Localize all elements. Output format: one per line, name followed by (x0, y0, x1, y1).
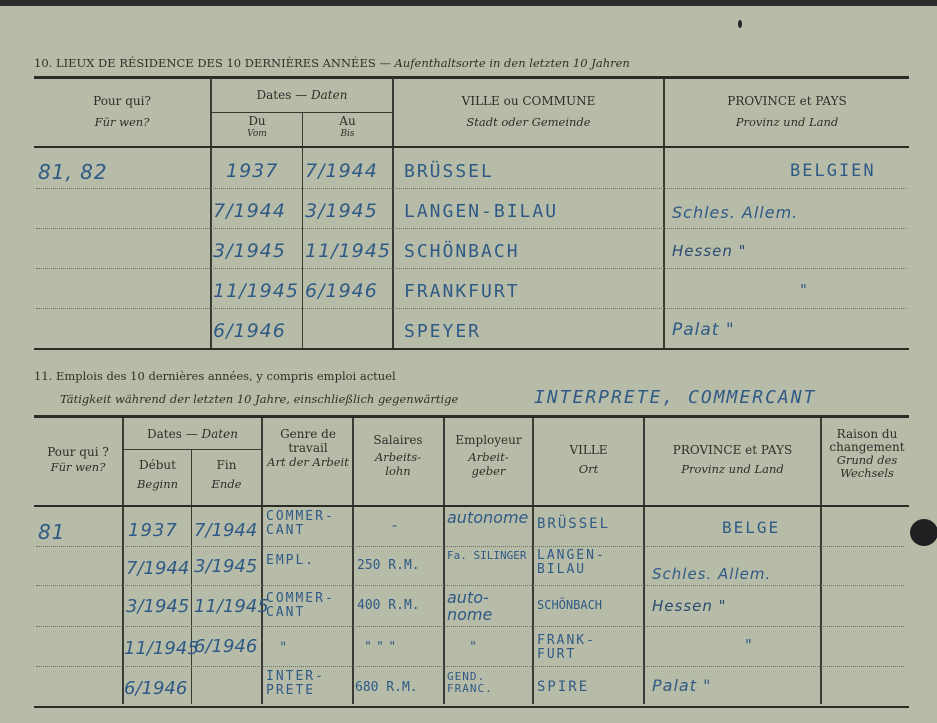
punch-hole (910, 519, 937, 546)
header-pour-qui-de: Für wen? (34, 460, 122, 474)
section11-bottom-rule (34, 706, 909, 708)
employment-pour-qui: 81 (38, 520, 65, 544)
employment-genre: " (280, 640, 287, 656)
employment-employeur: auto-nome (447, 590, 527, 624)
header-fin: Fin Ende (192, 458, 261, 491)
employment-ville: LANGEN-BILAU (537, 549, 617, 576)
employment-debut: 7/1944 (126, 558, 189, 579)
header-ville-fr: VILLE ou COMMUNE (394, 94, 663, 109)
section11-top-rule (34, 415, 909, 418)
header-raison-de: Grund des Wechsels (822, 454, 912, 479)
header-au-de: Bis (303, 129, 392, 140)
header-dates-de: Daten (311, 88, 347, 102)
header-debut-de: Beginn (124, 477, 191, 491)
employment-genre: INTER-PRETE (266, 670, 352, 697)
scan-top-edge (0, 0, 937, 6)
residence-province: Schles. Allem. (672, 203, 798, 222)
employment-debut: 3/1945 (126, 596, 189, 617)
header-genre-de: Art der Arbeit (266, 456, 350, 469)
employment-province: BELGE (722, 518, 780, 537)
header-pour-qui: Pour qui? Für wen? (34, 94, 210, 129)
employment-salaire: - (392, 518, 398, 534)
header-du-de: Vom (212, 129, 302, 140)
employment-province: Schles. Allem. (652, 565, 771, 583)
header-province: PROVINCE et PAYS Provinz und Land (645, 443, 820, 476)
residence-province: " (800, 281, 808, 299)
header-province-fr: PROVINCE et PAYS (645, 443, 820, 458)
header-debut: Début Beginn (124, 458, 191, 491)
employment-salaire: 400 R.M. (357, 598, 420, 613)
employment-employeur: Fa. SILINGER (447, 550, 533, 562)
employment-province: Hessen " (652, 597, 727, 615)
residence-du: 7/1944 (213, 200, 286, 222)
employment-employeur: autonome (447, 510, 527, 527)
row-divider (36, 228, 906, 229)
header-dates: Dates — Daten (124, 427, 261, 442)
dates-subdivider (211, 112, 392, 113)
row-divider (36, 268, 906, 269)
employment-fin: 7/1944 (194, 520, 257, 541)
header-employeur: Employeur Arbeit-geber (445, 433, 532, 479)
residence-province: Hessen " (672, 242, 747, 260)
header-raison-fr: Raison du changement (822, 428, 912, 454)
header-employeur-fr: Employeur (445, 433, 532, 447)
header-genre: Genre de travail Art der Arbeit (266, 428, 350, 469)
employment-debut: 11/1945 (124, 638, 199, 659)
residence-ville: FRANKFURT (404, 281, 520, 302)
header-ville-fr: VILLE (534, 443, 643, 458)
header-dates-de: Daten (202, 427, 238, 441)
header-genre-fr: Genre de travail (266, 428, 350, 456)
employment-ville: SPIRE (537, 679, 589, 695)
employment-genre: COMMER-CANT (266, 592, 352, 619)
header-dates-fr: Dates — (257, 88, 308, 102)
residence-du: 1937 (226, 160, 278, 182)
header-au-fr: Au (303, 114, 392, 129)
header-province: PROVINCE et PAYS Provinz und Land (665, 94, 909, 129)
row-divider (36, 585, 904, 586)
header-raison: Raison du changement Grund des Wechsels (822, 428, 912, 480)
employment-salaire: 680 R.M. (355, 680, 418, 695)
employment-debut: 6/1946 (124, 678, 187, 699)
header-salaires-de: Arbeits-lohn (358, 451, 438, 479)
employment-genre: EMPL. (266, 553, 315, 568)
header-salaires: Salaires Arbeits-lohn (358, 433, 438, 479)
header-debut-fr: Début (124, 458, 191, 473)
header-salaires-fr: Salaires (358, 433, 438, 447)
header-ville: VILLE Ort (534, 443, 643, 476)
employment-employeur: " (470, 640, 477, 655)
current-occupation: INTERPRETE, COMMERCANT (534, 387, 816, 408)
employment-debut: 1937 (128, 520, 178, 541)
residence-au: 11/1945 (305, 240, 391, 262)
employment-ville: FRANK-FURT (537, 634, 617, 661)
header-ville-de: Ort (534, 462, 643, 476)
header-au: Au Bis (303, 114, 392, 140)
header-province-fr: PROVINCE et PAYS (665, 94, 909, 109)
header-ville-de: Stadt oder Gemeinde (394, 115, 663, 129)
employment-employeur: GEND. FRANC. (447, 671, 531, 694)
col-divider (352, 418, 354, 704)
header-pour-qui-fr: Pour qui? (34, 94, 210, 109)
row-divider (36, 188, 906, 189)
header-province-de: Provinz und Land (665, 115, 909, 129)
residence-ville: BRÜSSEL (404, 161, 494, 182)
header-ville: VILLE ou COMMUNE Stadt oder Gemeinde (394, 94, 663, 129)
header-province-de: Provinz und Land (645, 462, 820, 476)
row-divider (36, 308, 906, 309)
section10-title-de: Aufenthaltsorte in den letzten 10 Jahren (395, 56, 630, 70)
section11-title-de: Tätigkeit während der letzten 10 Jahre, … (60, 392, 458, 406)
col-divider (302, 113, 303, 349)
residence-au: 7/1944 (305, 160, 378, 182)
row-divider (36, 546, 904, 547)
section10-title-fr: 10. LIEUX DE RÉSIDENCE DES 10 DERNIÈRES … (34, 56, 391, 70)
col-divider (261, 418, 263, 704)
residence-du: 6/1946 (213, 320, 286, 342)
residence-ville: LANGEN-BILAU (404, 201, 558, 222)
residence-au: 6/1946 (305, 280, 378, 302)
header-pour-qui: Pour qui ? Für wen? (34, 445, 122, 474)
section10-header-rule (34, 146, 909, 148)
header-fin-fr: Fin (192, 458, 261, 473)
dates-subdivider (123, 449, 261, 450)
header-pour-qui-fr: Pour qui ? (34, 445, 122, 460)
residence-du: 3/1945 (213, 240, 286, 262)
employment-province: " (745, 636, 753, 654)
section10-title: 10. LIEUX DE RÉSIDENCE DES 10 DERNIÈRES … (34, 56, 630, 70)
section10-bottom-rule (34, 348, 909, 350)
residence-au: 3/1945 (305, 200, 378, 222)
employment-fin: 11/1945 (194, 596, 269, 617)
residence-province: Palat " (672, 320, 735, 340)
header-fin-de: Ende (192, 477, 261, 491)
residence-province: BELGIEN (790, 161, 876, 181)
header-du-fr: Du (212, 114, 302, 129)
residence-du: 11/1945 (213, 280, 299, 302)
employment-province: Palat " (652, 676, 711, 695)
employment-ville: SCHÖNBACH (537, 598, 602, 612)
row-divider (36, 626, 904, 627)
residence-ville: SPEYER (404, 321, 481, 342)
header-employeur-de: Arbeit-geber (445, 451, 532, 479)
employment-salaire: 250 R.M. (357, 558, 420, 573)
residence-ville: SCHÖNBACH (404, 241, 520, 262)
section11-title-fr: 11. Emplois des 10 dernières années, y c… (34, 369, 396, 383)
section11-header-rule (34, 505, 909, 507)
residence-pour-qui: 81, 82 (38, 160, 108, 184)
header-dates-fr: Dates — (147, 427, 198, 441)
row-divider (36, 666, 904, 667)
employment-fin: 3/1945 (194, 556, 257, 577)
ink-speck (738, 20, 742, 28)
header-pour-qui-de: Für wen? (34, 115, 210, 129)
employment-genre: COMMER-CANT (266, 510, 352, 537)
employment-ville: BRÜSSEL (537, 516, 610, 532)
section10-top-rule (34, 76, 909, 79)
employment-fin: 6/1946 (194, 636, 257, 657)
header-du: Du Vom (212, 114, 302, 140)
header-dates: Dates — Daten (212, 88, 392, 103)
employment-salaire: " " " (365, 640, 396, 655)
